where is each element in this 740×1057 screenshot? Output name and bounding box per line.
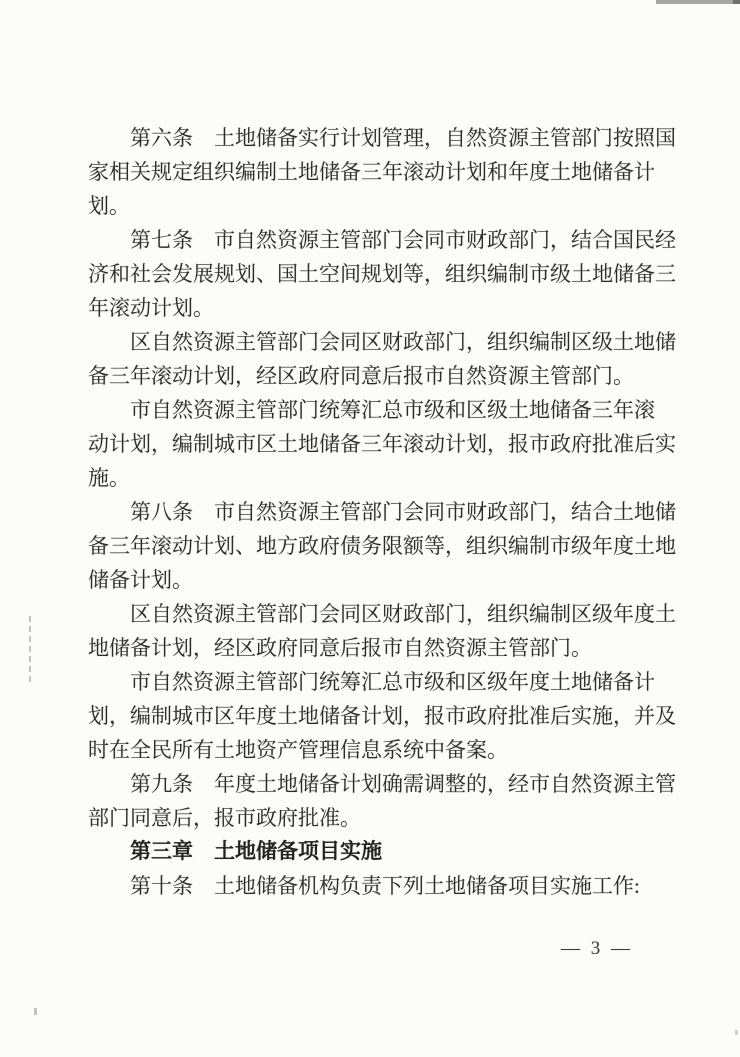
scan-artifact-speck (34, 1008, 37, 1015)
article-8-clause-2: 区自然资源主管部门会同区财政部门，组织编制区级年度土 地储备计划，经区政府同意后… (88, 597, 688, 665)
scan-artifact-corner-dot (733, 0, 740, 4)
chapter-3-heading: 第三章 土地储备项目实施 (88, 835, 688, 869)
document-body: 第六条 土地储备实行计划管理，自然资源主管部门按照国 家相关规定组织编制土地储备… (88, 121, 688, 903)
scan-artifact-left-dashed-line (29, 616, 31, 682)
article-9: 第九条 年度土地储备计划确需调整的，经市自然资源主管 部门同意后，报市政府批准。 (88, 767, 688, 835)
article-7-clause-3: 市自然资源主管部门统筹汇总市级和区级土地储备三年滚 动计划，编制城市区土地储备三… (88, 393, 688, 495)
scan-artifact-top-bar (656, 0, 740, 4)
scanned-document-page: 第六条 土地储备实行计划管理，自然资源主管部门按照国 家相关规定组织编制土地储备… (0, 0, 740, 1057)
article-8-clause-3: 市自然资源主管部门统筹汇总市级和区级年度土地储备计 划，编制城市区年度土地储备计… (88, 665, 688, 767)
article-8: 第八条 市自然资源主管部门会同市财政部门，结合土地储 备三年滚动计划、地方政府债… (88, 495, 688, 597)
article-7-clause-2: 区自然资源主管部门会同区财政部门，组织编制区级土地储 备三年滚动计划，经区政府同… (88, 325, 688, 393)
article-10: 第十条 土地储备机构负责下列土地储备项目实施工作: (88, 869, 688, 903)
article-7: 第七条 市自然资源主管部门会同市财政部门，结合国民经 济和社会发展规划、国土空间… (88, 223, 688, 325)
article-6: 第六条 土地储备实行计划管理，自然资源主管部门按照国 家相关规定组织编制土地储备… (88, 121, 688, 223)
page-number: — 3 — (552, 938, 642, 960)
scan-artifact-speck (735, 1030, 738, 1035)
